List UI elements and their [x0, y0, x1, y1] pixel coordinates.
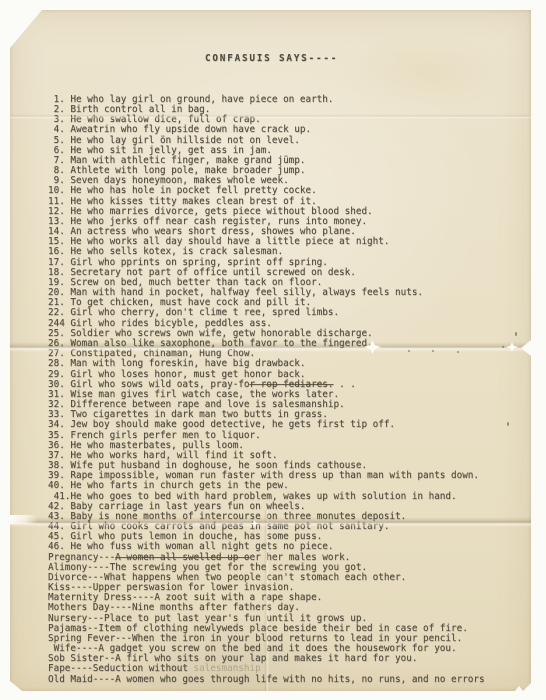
- scanned-paper: CONFASUIS SAYS---- 1. He who lay girl on…: [10, 10, 531, 691]
- joke-list: 1. He who lay girl on ground, have piece…: [48, 95, 525, 685]
- document-title: CONFASUIS SAYS----: [205, 54, 525, 64]
- typewritten-text: CONFASUIS SAYS---- 1. He who lay girl on…: [48, 34, 525, 700]
- ink-speck: [457, 351, 459, 353]
- ink-speck: [432, 350, 434, 352]
- screenshot-root: { "colors": { "background": "#fbfbf8", "…: [0, 0, 546, 700]
- ink-speck: [502, 346, 504, 348]
- paper-tear-edge: [10, 515, 38, 524]
- ink-speck: [507, 422, 509, 426]
- ink-speck: [408, 350, 410, 352]
- ink-speck: [515, 332, 517, 336]
- joke-line: Old Maid----A women who goes through lif…: [48, 675, 525, 685]
